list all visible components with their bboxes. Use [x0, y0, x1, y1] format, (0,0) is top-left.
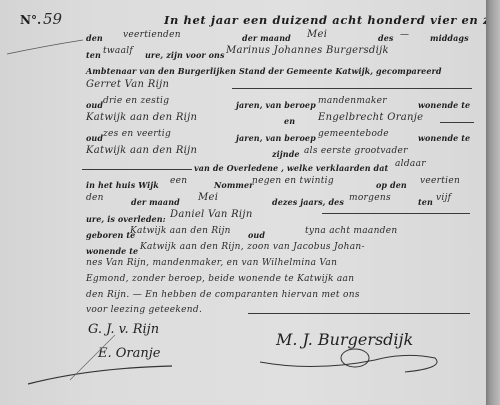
label-der-maand: der maand — [131, 197, 180, 207]
certificate-page: N°. 59 In het jaar een duizend acht hond… — [0, 0, 486, 405]
intro-line: In het jaar een duizend acht honderd vie… — [164, 13, 500, 27]
page-edge — [486, 0, 500, 405]
official-name: Marinus Johannes Burgersdijk — [226, 45, 389, 56]
registration-hour: twaalf — [103, 46, 133, 56]
label-der-maand: der maand — [242, 33, 291, 43]
witness2-name: Engelbrecht Oranje — [318, 112, 423, 123]
death-month: Mei — [198, 192, 218, 203]
fill-rule — [322, 213, 470, 214]
label-overleden: ure, is overleden: — [86, 214, 166, 224]
label-zijnde: zijnde — [272, 149, 300, 159]
label-wonende-te: wonende te — [418, 100, 470, 110]
witness2-residence: Katwijk aan den Rijn — [86, 145, 197, 156]
fill-rule — [440, 122, 474, 123]
record-number: 59 — [43, 10, 62, 28]
label-des: des — [378, 33, 394, 43]
parents-line: nes Van Rijn, mandenmaker, en van Wilhel… — [86, 258, 337, 268]
official-flourish-icon — [255, 340, 455, 380]
ambtenaar-line: Ambtenaar van den Burgerlijken Stand der… — [86, 66, 442, 76]
deceased-residence-parents: Katwijk aan den Rijn, zoon van Jacobus J… — [140, 242, 365, 252]
label-oud: oud — [86, 100, 103, 110]
signature-flourish-icon — [20, 310, 180, 390]
label-wonende-te: wonende te — [86, 246, 138, 256]
witness1-age: drie en zestig — [103, 96, 169, 106]
witness2-occupation: gemeentebode — [318, 129, 389, 139]
label-wonende-te: wonende te — [418, 133, 470, 143]
house-number: negen en twintig — [252, 176, 334, 186]
record-number-label: N°. — [20, 13, 41, 27]
time-of-day: morgens — [349, 193, 391, 203]
witness1-occupation: mandenmaker — [318, 96, 387, 106]
deceased-age: tyna acht maanden — [305, 226, 397, 236]
overledene-line: van de Overledene , welke verklaarden da… — [194, 163, 388, 173]
registration-day: veertienden — [123, 30, 181, 40]
declared-place: aldaar — [395, 159, 426, 169]
fill-rule — [248, 313, 470, 314]
label-en: en — [284, 116, 295, 126]
witness1-name: Gerret Van Rijn — [86, 79, 169, 90]
closing-line: den Rijn. — En hebben de comparanten hie… — [86, 290, 360, 300]
fill-rule — [232, 88, 472, 89]
number-flourish-icon — [5, 38, 85, 58]
deceased-name: Daniel Van Rijn — [170, 209, 253, 220]
label-jaren-beroep: jaren, van beroep — [236, 133, 316, 143]
label-oud: oud — [248, 230, 265, 240]
des-dash: — — [400, 30, 409, 40]
registration-month: Mei — [307, 29, 327, 40]
birth-place: Katwijk aan den Rijn — [130, 226, 231, 236]
label-oud: oud — [86, 133, 103, 143]
mother-line: Egmond, zonder beroep, beide wonende te … — [86, 274, 354, 284]
fill-rule — [82, 169, 192, 170]
label-nommer: Nommer — [214, 180, 253, 190]
death-hour: vijf — [436, 193, 451, 203]
label-huis-wijk: in het huis Wijk — [86, 180, 159, 190]
label-ure-zijn: ure, zijn voor ons — [145, 50, 225, 60]
label-op-den: op den — [376, 180, 407, 190]
death-day-suffix: den — [86, 193, 104, 203]
label-ten: ten — [86, 50, 101, 60]
label-middags: middags — [430, 33, 469, 43]
label-jaren-beroep: jaren, van beroep — [236, 100, 316, 110]
witness1-residence: Katwijk aan den Rijn — [86, 112, 197, 123]
label-ten: ten — [418, 197, 433, 207]
witness2-age: zes en veertig — [103, 129, 171, 139]
wijk-value: een — [170, 176, 187, 186]
label-geboren-te: geboren te — [86, 230, 135, 240]
label-den: den — [86, 33, 103, 43]
death-day: veertien — [420, 176, 460, 186]
label-dezes-jaars: dezes jaars, des — [272, 197, 344, 207]
witness-relation: als eerste grootvader — [304, 146, 408, 156]
